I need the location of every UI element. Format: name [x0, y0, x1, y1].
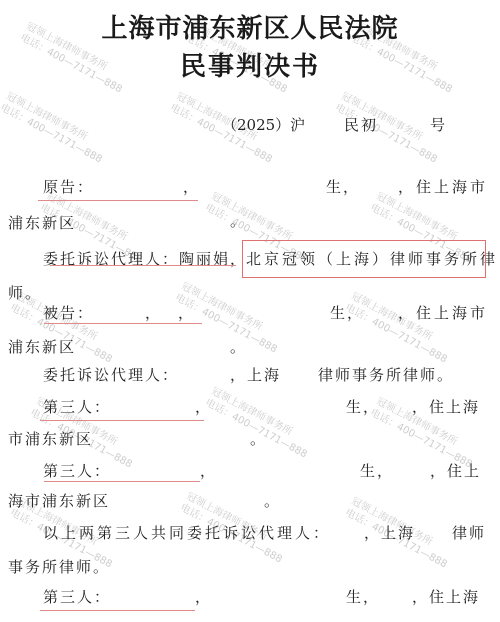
underline [40, 420, 204, 421]
watermark: 冠领上海律师事务所电话：400—7171—888 [203, 385, 316, 461]
text: 律师事务所律师。 [318, 364, 454, 385]
text: 。 [264, 490, 281, 511]
text: 律师 [452, 522, 486, 543]
text: ，住上海市 [398, 302, 488, 323]
text: ，住上海 [412, 586, 480, 607]
text: 生， [330, 302, 364, 323]
third-party-label: 第三人： [43, 586, 111, 607]
highlight-box [242, 240, 486, 278]
case-end: 号 [430, 114, 447, 135]
text: ，住上海市 [398, 176, 488, 197]
text: 生， [346, 396, 380, 417]
text: 浦东新区 [8, 212, 76, 233]
text: ，上海 [364, 522, 415, 543]
text: ，上海 [230, 364, 281, 385]
text: 生， [346, 586, 380, 607]
third-party-label: 第三人： [43, 396, 111, 417]
underline [44, 481, 200, 482]
text: 浦东新区 [8, 336, 76, 357]
underline [38, 200, 198, 201]
text: ，住上 [430, 460, 481, 481]
watermark: 冠领上海律师事务所电话：400—7171—888 [0, 90, 110, 166]
text: 生， [326, 176, 360, 197]
underline [44, 323, 202, 324]
defendant-agent: 委托诉讼代理人： [43, 364, 179, 385]
text: 市浦东新区 [8, 428, 93, 449]
document-type: 民事判决书 [0, 46, 500, 83]
text: 师。 [8, 282, 42, 303]
text: 。 [230, 210, 247, 231]
plaintiff-label: 原告： [43, 176, 94, 197]
text: 海市浦东新区 [8, 490, 110, 511]
case-mid: 民初 [344, 114, 378, 135]
text: ， [200, 460, 217, 481]
underline [50, 265, 236, 266]
case-year: （2025）沪 [222, 114, 305, 135]
text: ， [178, 302, 195, 323]
text: ，住上海 [412, 396, 480, 417]
text: ， [195, 586, 212, 607]
court-name: 上海市浦东新区人民法院 [0, 8, 500, 45]
underline [40, 610, 195, 611]
text: ， [183, 176, 200, 197]
text: 生， [360, 460, 394, 481]
text: 。 [230, 336, 247, 357]
text: 。 [250, 428, 267, 449]
joint-agent: 以上两第三人共同委托诉讼代理人： [43, 522, 331, 543]
text: ， [145, 302, 162, 323]
third-party-label: 第三人： [43, 460, 111, 481]
defendant-label: 被告： [43, 302, 94, 323]
text: 事务所律师。 [8, 556, 110, 577]
text: ， [195, 396, 212, 417]
